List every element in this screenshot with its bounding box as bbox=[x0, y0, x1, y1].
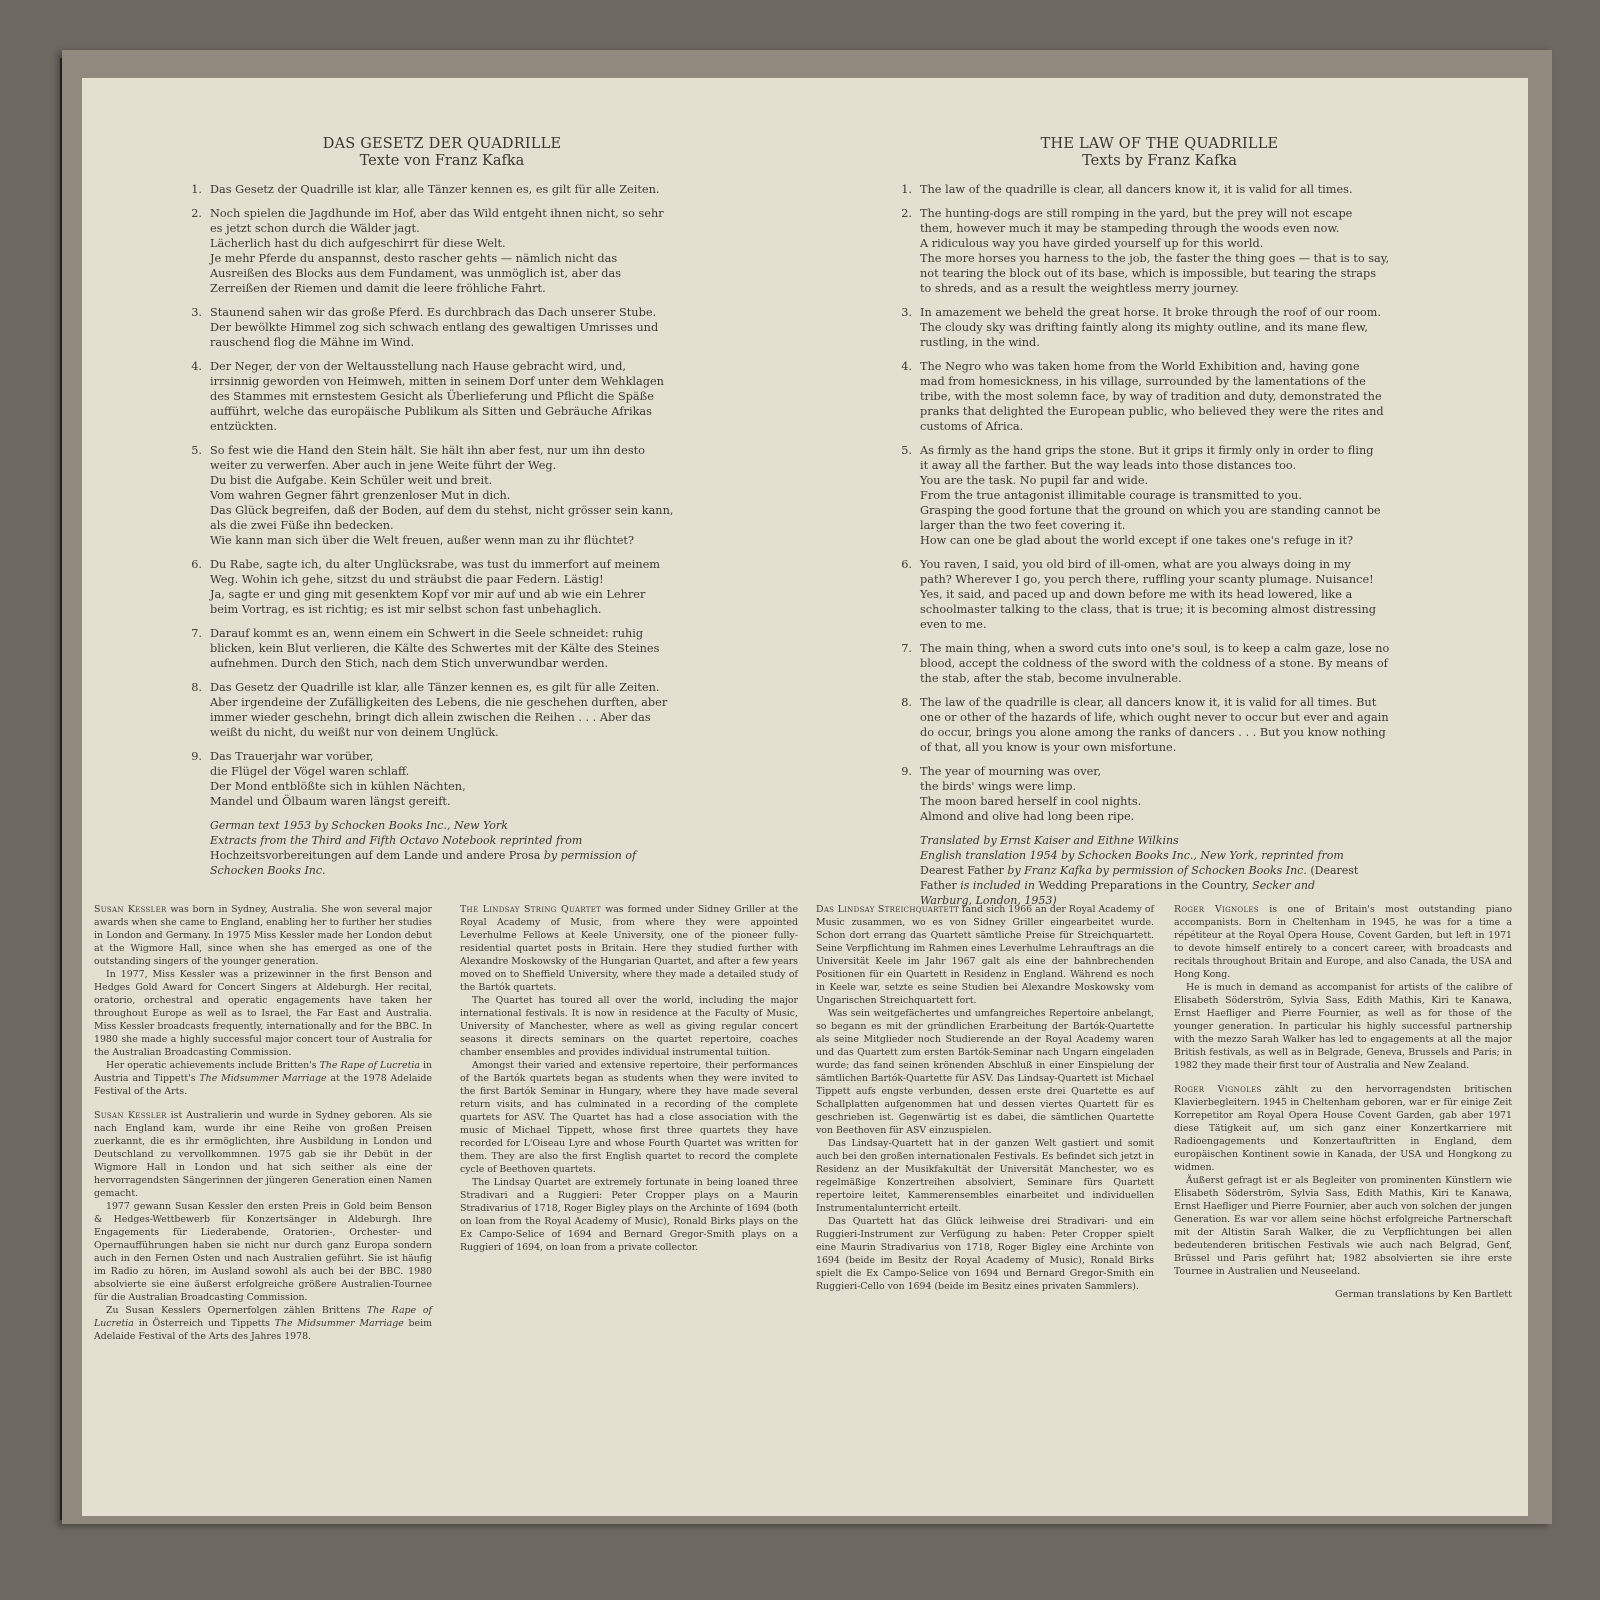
verse-line: Wie kann man sich über die Welt freuen, … bbox=[210, 533, 702, 548]
verse-line: it away all the farther. But the way lea… bbox=[920, 458, 1427, 473]
kessler-de-opera-2: The Midsummer Marriage bbox=[275, 1318, 404, 1329]
english-title: THE LAW OF THE QUADRILLE bbox=[892, 136, 1427, 153]
verse-text: The year of mourning was over,the birds'… bbox=[920, 764, 1427, 824]
verse-line: As firmly as the hand grips the stone. B… bbox=[920, 443, 1427, 458]
german-verse-list: 1.Das Gesetz der Quadrille ist klar, all… bbox=[182, 182, 702, 809]
english-lyrics-section: THE LAW OF THE QUADRILLE Texts by Franz … bbox=[892, 136, 1427, 908]
verse: 8.The law of the quadrille is clear, all… bbox=[892, 695, 1427, 755]
verse-line: one or other of the hazards of life, whi… bbox=[920, 710, 1427, 725]
kessler-de-p3-c: in Österreich und Tippetts bbox=[134, 1318, 275, 1329]
verse-line: even to me. bbox=[920, 617, 1427, 632]
verse-line: Je mehr Pferde du anspannst, desto rasch… bbox=[210, 251, 702, 266]
verse-line: Das Trauerjahr war vorüber, bbox=[210, 749, 702, 764]
verse-line: aufführt, welche das europäische Publiku… bbox=[210, 404, 702, 419]
english-credit-permission: by Franz Kafka by permission of Schocken… bbox=[1004, 864, 1307, 877]
verse-line: weißt du nicht, du weißt nur von deinem … bbox=[210, 725, 702, 740]
vignoles-de-p1-text: zählt zu den hervorragendsten britischen… bbox=[1174, 1084, 1512, 1173]
verse: 2.Noch spielen die Jagdhunde im Hof, abe… bbox=[182, 206, 702, 296]
verse-number: 6. bbox=[892, 557, 920, 632]
vignoles-de-paragraph-1: Roger Vignoles zählt zu den hervorragend… bbox=[1174, 1083, 1512, 1174]
lindsay-de-paragraph-4: Das Quartett hat das Glück leihweise dre… bbox=[816, 1215, 1154, 1293]
verse-line: Du bist die Aufgabe. Kein Schüler weit u… bbox=[210, 473, 702, 488]
english-credit-included: is included in bbox=[957, 879, 1039, 892]
verse-line: blicken, kein Blut verlieren, die Kälte … bbox=[210, 641, 702, 656]
verse-number: 2. bbox=[182, 206, 210, 296]
verse: 9.Das Trauerjahr war vorüber,die Flügel … bbox=[182, 749, 702, 809]
german-subtitle: Texte von Franz Kafka bbox=[182, 153, 702, 170]
verse-line: So fest wie die Hand den Stein hält. Sie… bbox=[210, 443, 702, 458]
biographies-section: Susan Kessler was born in Sydney, Austra… bbox=[94, 903, 1514, 1463]
verse-line: schoolmaster talking to the class, that … bbox=[920, 602, 1427, 617]
verse-text: Der Neger, der von der Weltausstellung n… bbox=[210, 359, 702, 434]
kessler-de-p3-a: Zu Susan Kesslers Opernerfolgen zählen B… bbox=[106, 1305, 367, 1316]
verse-text: So fest wie die Hand den Stein hält. Sie… bbox=[210, 443, 702, 548]
verse-line: The hunting-dogs are still romping in th… bbox=[920, 206, 1427, 221]
lindsay-en-paragraph-2: The Quartet has toured all over the worl… bbox=[460, 994, 798, 1059]
english-credit-publisher: Secker and bbox=[1249, 879, 1315, 892]
verse-text: Darauf kommt es an, wenn einem ein Schwe… bbox=[210, 626, 702, 671]
verse-line: als die zwei Füße ihn bedecken. bbox=[210, 518, 702, 533]
verse-line: From the true antagonist illimitable cou… bbox=[920, 488, 1427, 503]
verse: 4.Der Neger, der von der Weltausstellung… bbox=[182, 359, 702, 434]
verse-text: Staunend sahen wir das große Pferd. Es d… bbox=[210, 305, 702, 350]
verse-line: Grasping the good fortune that the groun… bbox=[920, 503, 1427, 518]
verse-line: Der Mond entblößte sich in kühlen Nächte… bbox=[210, 779, 702, 794]
verse-line: immer wieder geschehn, bringt dich allei… bbox=[210, 710, 702, 725]
lindsay-de-p1-text: fand sich 1966 an der Royal Academy of M… bbox=[816, 904, 1154, 1006]
verse-line: Ausreißen des Blocks aus dem Fundament, … bbox=[210, 266, 702, 281]
verse-number: 1. bbox=[182, 182, 210, 197]
verse-line: es jetzt schon durch die Wälder jagt. bbox=[210, 221, 702, 236]
verse-text: Das Gesetz der Quadrille ist klar, alle … bbox=[210, 182, 702, 197]
verse-line: to shreds, and as a result the weightles… bbox=[920, 281, 1427, 296]
verse: 5.As firmly as the hand grips the stone.… bbox=[892, 443, 1427, 548]
english-credit-line-2: English translation 1954 by Schocken Boo… bbox=[920, 849, 1344, 862]
vignoles-de-name: Roger Vignoles bbox=[1174, 1084, 1262, 1095]
verse-line: Aber irgendeine der Zufälligkeiten des L… bbox=[210, 695, 702, 710]
lindsay-de-paragraph-2: Was sein weitgefächertes und umfangreich… bbox=[816, 1007, 1154, 1137]
english-credit-line-1: Translated by Ernst Kaiser and Eithne Wi… bbox=[920, 834, 1179, 847]
verse: 7.Darauf kommt es an, wenn einem ein Sch… bbox=[182, 626, 702, 671]
verse-line: The year of mourning was over, bbox=[920, 764, 1427, 779]
verse-line: beim Vortrag, es ist richtig; es ist mir… bbox=[210, 602, 702, 617]
verse-line: the stab, after the stab, become invulne… bbox=[920, 671, 1427, 686]
verse-number: 2. bbox=[892, 206, 920, 296]
german-lyrics-section: DAS GESETZ DER QUADRILLE Texte von Franz… bbox=[182, 136, 702, 878]
verse: 5.So fest wie die Hand den Stein hält. S… bbox=[182, 443, 702, 548]
verse-line: weiter zu verwerfen. Aber auch in jene W… bbox=[210, 458, 702, 473]
german-credit-permission: by permission of bbox=[540, 849, 636, 862]
verse-line: them, however much it may be stampeding … bbox=[920, 221, 1427, 236]
verse-line: tribe, with the most solemn face, by way… bbox=[920, 389, 1427, 404]
english-subtitle: Texts by Franz Kafka bbox=[892, 153, 1427, 170]
verse-line: rauschend flog die Mähne im Wind. bbox=[210, 335, 702, 350]
verse-line: Der bewölkte Himmel zog sich schwach ent… bbox=[210, 320, 702, 335]
verse-line: Ja, sagte er und ging mit gesenktem Kopf… bbox=[210, 587, 702, 602]
verse-line: The moon bared herself in cool nights. bbox=[920, 794, 1427, 809]
verse-line: Noch spielen die Jagdhunde im Hof, aber … bbox=[210, 206, 702, 221]
german-credit-line-1: German text 1953 by Schocken Books Inc.,… bbox=[210, 819, 508, 832]
verse-line: of that, all you know is your own misfor… bbox=[920, 740, 1427, 755]
vignoles-en-paragraph-1: Roger Vignoles is one of Britain's most … bbox=[1174, 903, 1512, 981]
lindsay-en-paragraph-4: The Lindsay Quartet are extremely fortun… bbox=[460, 1176, 798, 1254]
vignoles-de-paragraph-2: Äußerst gefragt ist er als Begleiter von… bbox=[1174, 1174, 1512, 1278]
verse-line: The law of the quadrille is clear, all d… bbox=[920, 695, 1427, 710]
verse-number: 5. bbox=[182, 443, 210, 548]
english-credit-wedding-title: Wedding Preparations in the Country, bbox=[1038, 879, 1248, 892]
verse-text: Du Rabe, sagte ich, du alter Unglücksrab… bbox=[210, 557, 702, 617]
verse-line: Du Rabe, sagte ich, du alter Unglücksrab… bbox=[210, 557, 702, 572]
verse-number: 9. bbox=[892, 764, 920, 824]
verse-number: 4. bbox=[182, 359, 210, 434]
verse-number: 3. bbox=[892, 305, 920, 350]
kessler-de-paragraph-2: 1977 gewann Susan Kessler den ersten Pre… bbox=[94, 1200, 432, 1304]
verse-text: The law of the quadrille is clear, all d… bbox=[920, 182, 1427, 197]
verse-line: The more horses you harness to the job, … bbox=[920, 251, 1427, 266]
verse-line: entzückten. bbox=[210, 419, 702, 434]
verse-line: pranks that delighted the European publi… bbox=[920, 404, 1427, 419]
verse-text: Noch spielen die Jagdhunde im Hof, aber … bbox=[210, 206, 702, 296]
verse-line: Vom wahren Gegner fährt grenzenloser Mut… bbox=[210, 488, 702, 503]
verse: 9.The year of mourning was over,the bird… bbox=[892, 764, 1427, 824]
vignoles-en-p1-text: is one of Britain's most outstanding pia… bbox=[1174, 904, 1512, 980]
verse-number: 6. bbox=[182, 557, 210, 617]
vignoles-en-name: Roger Vignoles bbox=[1174, 904, 1259, 915]
bio-column-lindsay-german: Das Lindsay Streichquartett fand sich 19… bbox=[816, 903, 1154, 1293]
bio-column-kessler: Susan Kessler was born in Sydney, Austra… bbox=[94, 903, 432, 1343]
lindsay-de-name: Das Lindsay Streichquartett bbox=[816, 904, 959, 915]
verse-line: do occur, brings you alone among the ran… bbox=[920, 725, 1427, 740]
verse-line: Darauf kommt es an, wenn einem ein Schwe… bbox=[210, 626, 702, 641]
verse-line: customs of Africa. bbox=[920, 419, 1427, 434]
verse-text: The hunting-dogs are still romping in th… bbox=[920, 206, 1427, 296]
german-credit-line-2: Extracts from the Third and Fifth Octavo… bbox=[210, 834, 582, 847]
verse: 6.Du Rabe, sagte ich, du alter Unglücksr… bbox=[182, 557, 702, 617]
verse-text: The main thing, when a sword cuts into o… bbox=[920, 641, 1427, 686]
lindsay-de-paragraph-3: Das Lindsay-Quartett hat in der ganzen W… bbox=[816, 1137, 1154, 1215]
verse: 7.The main thing, when a sword cuts into… bbox=[892, 641, 1427, 686]
lindsay-en-p1-text: was formed under Sidney Griller at the R… bbox=[460, 904, 798, 993]
verse-text: Das Trauerjahr war vorüber,die Flügel de… bbox=[210, 749, 702, 809]
verse-text: Das Gesetz der Quadrille ist klar, alle … bbox=[210, 680, 702, 740]
verse-line: not tearing the block out of its base, w… bbox=[920, 266, 1427, 281]
liner-notes-sheet: DAS GESETZ DER QUADRILLE Texte von Franz… bbox=[82, 78, 1528, 1516]
verse-text: The law of the quadrille is clear, all d… bbox=[920, 695, 1427, 755]
german-credit-book-title: Hochzeitsvorbereitungen auf dem Lande un… bbox=[210, 849, 540, 862]
verse-line: Lächerlich hast du dich aufgeschirrt für… bbox=[210, 236, 702, 251]
lindsay-de-paragraph-1: Das Lindsay Streichquartett fand sich 19… bbox=[816, 903, 1154, 1007]
verse-line: Yes, it said, and paced up and down befo… bbox=[920, 587, 1427, 602]
english-credit-book-title: Dearest Father bbox=[920, 864, 1004, 877]
verse-line: Das Gesetz der Quadrille ist klar, alle … bbox=[210, 680, 702, 695]
verse-line: path? Wherever I go, you perch there, ru… bbox=[920, 572, 1427, 587]
english-credit-dearest: (Dearest bbox=[1307, 864, 1359, 877]
kessler-en-paragraph-2: In 1977, Miss Kessler was a prizewinner … bbox=[94, 968, 432, 1059]
bio-column-vignoles: Roger Vignoles is one of Britain's most … bbox=[1174, 903, 1512, 1301]
verse-line: Das Glück begreifen, daß der Boden, auf … bbox=[210, 503, 702, 518]
german-credit: German text 1953 by Schocken Books Inc.,… bbox=[210, 818, 702, 878]
verse: 2.The hunting-dogs are still romping in … bbox=[892, 206, 1427, 296]
verse-line: des Stammes mit ernstestem Gesicht als Ü… bbox=[210, 389, 702, 404]
lindsay-en-name: The Lindsay String Quartet bbox=[460, 904, 601, 915]
verse-number: 7. bbox=[892, 641, 920, 686]
verse-line: How can one be glad about the world exce… bbox=[920, 533, 1427, 548]
verse: 1.Das Gesetz der Quadrille ist klar, all… bbox=[182, 182, 702, 197]
bio-column-lindsay-english: The Lindsay String Quartet was formed un… bbox=[460, 903, 798, 1254]
verse-number: 4. bbox=[892, 359, 920, 434]
german-title: DAS GESETZ DER QUADRILLE bbox=[182, 136, 702, 153]
verse-line: Das Gesetz der Quadrille ist klar, alle … bbox=[210, 182, 702, 197]
verse-text: You raven, I said, you old bird of ill-o… bbox=[920, 557, 1427, 632]
verse-number: 8. bbox=[182, 680, 210, 740]
verse: 8.Das Gesetz der Quadrille ist klar, all… bbox=[182, 680, 702, 740]
kessler-en-name: Susan Kessler bbox=[94, 904, 167, 915]
verse-line: Mandel und Ölbaum waren längst gereift. bbox=[210, 794, 702, 809]
lindsay-en-paragraph-1: The Lindsay String Quartet was formed un… bbox=[460, 903, 798, 994]
verse-line: You raven, I said, you old bird of ill-o… bbox=[920, 557, 1427, 572]
verse-number: 3. bbox=[182, 305, 210, 350]
kessler-de-paragraph-3: Zu Susan Kesslers Opernerfolgen zählen B… bbox=[94, 1304, 432, 1343]
english-verse-list: 1.The law of the quadrille is clear, all… bbox=[892, 182, 1427, 824]
verse-number: 7. bbox=[182, 626, 210, 671]
verse: 4.The Negro who was taken home from the … bbox=[892, 359, 1427, 434]
kessler-de-p1-text: ist Australierin und wurde in Sydney geb… bbox=[94, 1110, 432, 1199]
verse-line: Weg. Wohin ich gehe, sitzst du und sträu… bbox=[210, 572, 702, 587]
verse: 6.You raven, I said, you old bird of ill… bbox=[892, 557, 1427, 632]
verse-number: 8. bbox=[892, 695, 920, 755]
verse-line: In amazement we beheld the great horse. … bbox=[920, 305, 1427, 320]
verse-line: You are the task. No pupil far and wide. bbox=[920, 473, 1427, 488]
verse-line: A ridiculous way you have girded yoursel… bbox=[920, 236, 1427, 251]
english-credit-father: Father bbox=[920, 879, 957, 892]
verse-line: The cloudy sky was drifting faintly alon… bbox=[920, 320, 1427, 335]
kessler-en-opera-1: The Rape of Lucretia bbox=[320, 1060, 420, 1071]
kessler-en-opera-2: The Midsummer Marriage bbox=[199, 1073, 326, 1084]
kessler-de-paragraph-1: Susan Kessler ist Australierin und wurde… bbox=[94, 1109, 432, 1200]
verse-number: 1. bbox=[892, 182, 920, 197]
translator-credit: German translations by Ken Bartlett bbox=[1174, 1288, 1512, 1301]
verse-line: Almond and olive had long been ripe. bbox=[920, 809, 1427, 824]
verse-text: In amazement we beheld the great horse. … bbox=[920, 305, 1427, 350]
verse-line: The Negro who was taken home from the Wo… bbox=[920, 359, 1427, 374]
kessler-de-name: Susan Kessler bbox=[94, 1110, 167, 1121]
verse-line: die Flügel der Vögel waren schlaff. bbox=[210, 764, 702, 779]
verse-line: Der Neger, der von der Weltausstellung n… bbox=[210, 359, 702, 374]
verse-line: the birds' wings were limp. bbox=[920, 779, 1427, 794]
verse-text: As firmly as the hand grips the stone. B… bbox=[920, 443, 1427, 548]
verse-line: Zerreißen der Riemen und damit die leere… bbox=[210, 281, 702, 296]
english-credit: Translated by Ernst Kaiser and Eithne Wi… bbox=[920, 833, 1427, 908]
verse-line: The law of the quadrille is clear, all d… bbox=[920, 182, 1427, 197]
verse-line: aufnehmen. Durch den Stich, nach dem Sti… bbox=[210, 656, 702, 671]
verse-line: irrsinnig geworden von Heimweh, mitten i… bbox=[210, 374, 702, 389]
verse-line: The main thing, when a sword cuts into o… bbox=[920, 641, 1427, 656]
verse-line: mad from homesickness, in his village, s… bbox=[920, 374, 1427, 389]
verse-text: The Negro who was taken home from the Wo… bbox=[920, 359, 1427, 434]
german-credit-line-4: Schocken Books Inc. bbox=[210, 864, 326, 877]
verse: 3.In amazement we beheld the great horse… bbox=[892, 305, 1427, 350]
verse-line: Staunend sahen wir das große Pferd. Es d… bbox=[210, 305, 702, 320]
kessler-en-p3-a: Her operatic achievements include Britte… bbox=[106, 1060, 320, 1071]
verse-line: rustling, in the wind. bbox=[920, 335, 1427, 350]
lindsay-en-paragraph-3: Amongst their varied and extensive reper… bbox=[460, 1059, 798, 1176]
kessler-en-paragraph-1: Susan Kessler was born in Sydney, Austra… bbox=[94, 903, 432, 968]
vignoles-en-paragraph-2: He is much in demand as accompanist for … bbox=[1174, 981, 1512, 1072]
verse: 3.Staunend sahen wir das große Pferd. Es… bbox=[182, 305, 702, 350]
kessler-en-paragraph-3: Her operatic achievements include Britte… bbox=[94, 1059, 432, 1098]
verse-line: larger than the two feet covering it. bbox=[920, 518, 1427, 533]
verse-line: blood, accept the coldness of the sword … bbox=[920, 656, 1427, 671]
verse: 1.The law of the quadrille is clear, all… bbox=[892, 182, 1427, 197]
verse-number: 9. bbox=[182, 749, 210, 809]
verse-number: 5. bbox=[892, 443, 920, 548]
